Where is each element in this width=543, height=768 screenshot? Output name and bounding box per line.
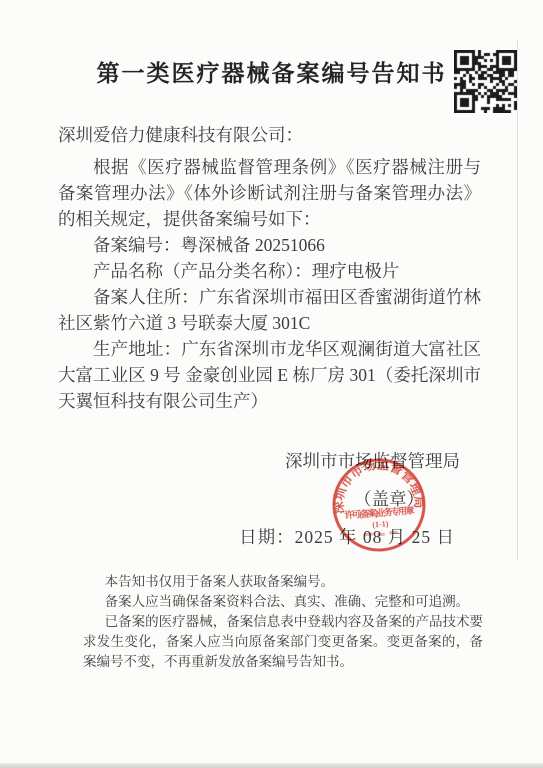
recipient-line: 深圳爱倍力健康科技有限公司： <box>58 122 481 148</box>
page-bottom-edge <box>0 763 543 768</box>
field-production-address: 生产地址：广东省深圳市龙华区观澜街道大富社区大富工业区 9 号 金豪创业园 E … <box>58 336 481 414</box>
signature-block: 深圳市市场监督管理局 （盖章） 日期：2025 年 08 月 25 日 深圳市市… <box>58 442 485 556</box>
intro-paragraph: 根据《医疗器械监督管理条例》《医疗器械注册与备案管理办法》《体外诊断试剂注册与备… <box>58 154 481 232</box>
footnote-line: 本告知书仅用于备案人获取备案编号。 <box>83 572 483 592</box>
issue-date: 日期：2025 年 08 月 25 日 <box>58 518 455 556</box>
footnote-line: 备案人应当确保备案资料合法、真实、准确、完整和可追溯。 <box>83 592 483 612</box>
document-body: 深圳爱倍力健康科技有限公司： 根据《医疗器械监督管理条例》《医疗器械注册与备案管… <box>58 122 481 414</box>
footnotes: 本告知书仅用于备案人获取备案编号。 备案人应当确保备案资料合法、真实、准确、完整… <box>83 572 483 672</box>
page-title: 第一类医疗器械备案编号告知书 <box>70 58 473 90</box>
field-product-name: 产品名称（产品分类名称）：理疗电极片 <box>58 258 481 284</box>
seal-placeholder-text: （盖章） <box>58 480 424 518</box>
field-filing-number: 备案编号：粤深械备 20251066 <box>58 232 481 258</box>
document-page: 第一类医疗器械备案编号告知书 深圳爱倍力健康科技有限公司： 根据《医疗器械监督管… <box>0 0 543 768</box>
issuer-name: 深圳市市场监督管理局 <box>58 442 460 480</box>
qr-code-icon <box>454 50 517 113</box>
footnote-line: 已备案的医疗器械，备案信息表中登载内容及备案的产品技术要求发生变化，备案人应当向… <box>83 612 483 672</box>
scan-edge-artifact <box>517 40 518 560</box>
field-registrant-address: 备案人住所：广东省深圳市福田区香蜜湖街道竹林社区紫竹六道 3 号联泰大厦 301… <box>58 284 481 336</box>
